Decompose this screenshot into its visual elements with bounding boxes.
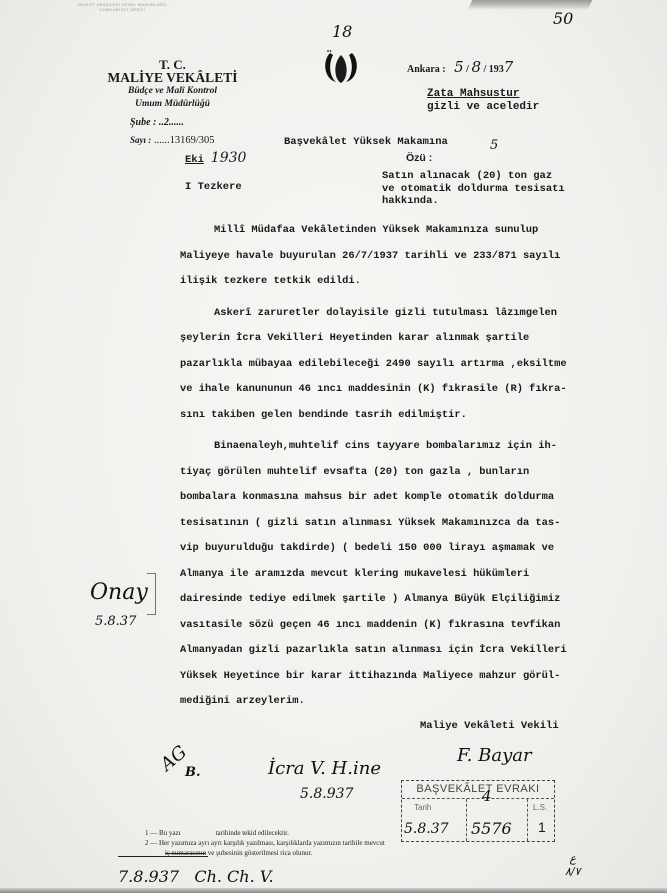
crescent-emblem-icon bbox=[322, 49, 360, 85]
classification-line2: gizli ve aceledir bbox=[427, 101, 539, 114]
page-bottom-edge bbox=[0, 888, 667, 893]
sube-value: ..2...... bbox=[159, 117, 184, 128]
registry-number: 5576 bbox=[471, 819, 512, 838]
eki-field: Eki 1930 bbox=[185, 150, 246, 166]
eki-label: Eki bbox=[185, 154, 204, 166]
archive-stamp-line: CUMHURİYET ARŞİVİ bbox=[78, 7, 167, 12]
body-line: bombalara konmasına mahsus bir adet komp… bbox=[180, 485, 600, 511]
body-line: Yüksek Heyetince bir karar ittihazında M… bbox=[180, 664, 600, 690]
approval-note: Onay bbox=[90, 580, 148, 605]
subject-line: Satın alınacak (20) ton gaz bbox=[382, 170, 565, 183]
body-line: Almanyadan gizli pazarlıkla satın alınma… bbox=[180, 638, 600, 664]
body-line: Askerî zaruretler dolayisile gizli tutul… bbox=[180, 301, 600, 327]
date-year-suffix: 7 bbox=[504, 58, 514, 76]
body-line: Millî Müdafaa Vekâletinden Yüksek Makamı… bbox=[180, 218, 600, 244]
footnotes: 1 — Bu yazı tarihinde tekid edilecektir.… bbox=[145, 828, 385, 858]
registry-stamp-date-cell: Tarih 5.8.37 bbox=[402, 799, 467, 841]
body-line: vip buyurulduğu takdirde) ( bedeli 150 0… bbox=[180, 536, 600, 562]
body-line: mediğini arzeylerim. bbox=[180, 689, 600, 715]
registry-ls-label: L.S. bbox=[533, 803, 547, 812]
sayi-field: Sayı : ......13169/305 bbox=[130, 135, 215, 146]
body-line: Maliyeye havale buyurulan 26/7/1937 tari… bbox=[180, 244, 600, 270]
date-day: 5 bbox=[454, 58, 464, 76]
classification: Zata Mahsustur gizli ve aceledir bbox=[427, 88, 539, 114]
paragraph: Binaenaleyh,muhtelif cins tayyare bombal… bbox=[180, 434, 600, 715]
body-line: pazarlıkla mübayaa edilebileceği 2490 sa… bbox=[180, 352, 600, 378]
body-line: ve ihale kanununun 46 ıncı maddesinin (K… bbox=[180, 377, 600, 403]
date-line: Ankara : 5 / 8 / 1937 bbox=[407, 58, 513, 76]
subject: Satın alınacak (20) ton gaz ve otomatik … bbox=[382, 170, 565, 208]
letterhead-ministry: MALİYE VEKÂLETİ bbox=[100, 71, 245, 85]
registry-count: 1 bbox=[538, 819, 546, 835]
letter-body: Millî Müdafaa Vekâletinden Yüksek Makamı… bbox=[180, 218, 600, 721]
document-page: DEVLET ARŞİVLERİ GENEL MÜDÜRLÜĞÜ CUMHURİ… bbox=[0, 0, 667, 893]
eki-value: 1930 bbox=[211, 150, 247, 166]
strike-rule bbox=[118, 856, 208, 857]
registry-date: 5.8.37 bbox=[404, 821, 449, 837]
page-number: 50 bbox=[553, 9, 573, 28]
body-line: Binaenaleyh,muhtelif cins tayyare bombal… bbox=[180, 434, 600, 460]
letterhead-department: Umum Müdürlüğü bbox=[100, 98, 245, 111]
body-line: dairesinde tediye edilmek şartile ) Alma… bbox=[180, 587, 600, 613]
paragraph: Millî Müdafaa Vekâletinden Yüksek Makamı… bbox=[180, 218, 600, 295]
registry-top-number: 4 bbox=[482, 787, 492, 805]
sayi-label: Sayı : bbox=[130, 135, 151, 145]
sayi-value: ......13169/305 bbox=[154, 135, 215, 146]
body-line: sını takiben gelen bendinde tasrih edilm… bbox=[180, 403, 600, 429]
subject-line: hakkında. bbox=[382, 195, 565, 208]
date-month: 8 bbox=[471, 58, 481, 76]
folio-number: 18 bbox=[332, 22, 352, 41]
arabic-mark-line2: ۸/۷ bbox=[565, 865, 581, 878]
arabic-mark-line1: ع bbox=[565, 852, 581, 865]
registry-stamp: BAŞVEKÂLET EVRAKI Tarih 5.8.37 4 5576 L.… bbox=[401, 780, 555, 842]
paragraph: Askerî zaruretler dolayisile gizli tutul… bbox=[180, 301, 600, 429]
body-line: vasıtasile sözü geçen 46 ıncı maddenin (… bbox=[180, 613, 600, 639]
corner-smudge bbox=[468, 0, 593, 10]
signature: F. Bayar bbox=[457, 745, 532, 766]
body-line: ilişik tezkere tetkik edildi. bbox=[180, 269, 600, 295]
sube-field: Şube : ..2...... bbox=[130, 117, 184, 128]
registry-stamp-number-cell: 4 5576 bbox=[467, 799, 528, 841]
classification-line1: Zata Mahsustur bbox=[427, 88, 539, 101]
sube-label: Şube : bbox=[130, 117, 156, 128]
registry-tarih-label: Tarih bbox=[414, 803, 431, 812]
registry-stamp-title: BAŞVEKÂLET EVRAKI bbox=[402, 781, 554, 799]
footnote-2: 2 — Her yazımıza ayrı ayrı karşılık yazı… bbox=[145, 838, 385, 848]
initials-b: B. bbox=[185, 765, 201, 780]
body-line: tiyaç görülen muhtelif evsafta (20) ton … bbox=[180, 460, 600, 486]
letterhead-department: Büdçe ve Malî Kontrol bbox=[100, 85, 245, 98]
document-type: I Tezkere bbox=[185, 181, 242, 193]
body-line: Almanya ile aramızda mevcut klering muka… bbox=[180, 562, 600, 588]
approval-date: 5.8.37 bbox=[95, 614, 136, 629]
approval-bracket bbox=[147, 573, 156, 615]
ankara-label: Ankara : bbox=[407, 64, 446, 75]
arabic-mark: ع ۸/۷ bbox=[565, 852, 581, 878]
footnote-1: 1 — Bu yazı tarihinde tekid edilecektir. bbox=[145, 828, 385, 838]
footnote-rest: ve şubesinin gösterilmesi rica olunur. bbox=[206, 849, 312, 857]
archive-stamp: DEVLET ARŞİVLERİ GENEL MÜDÜRLÜĞÜ CUMHURİ… bbox=[78, 2, 167, 12]
body-line: şeylerin İcra Vekilleri Heyetinden karar… bbox=[180, 326, 600, 352]
addressee: Başvekâlet Yüksek Makamına bbox=[284, 136, 448, 148]
subject-label: Özü : bbox=[406, 152, 432, 164]
letterhead: T. C. MALİYE VEKÂLETİ Büdçe ve Malî Kont… bbox=[100, 58, 245, 111]
bottom-handwritten-note: 7.8.937 Ch. Ch. V. bbox=[118, 867, 274, 886]
signatory-title: Maliye Vekâleti Vekili bbox=[420, 720, 559, 732]
referral-note: İcra V. H.ine bbox=[268, 758, 381, 779]
referral-date: 5.8.937 bbox=[300, 786, 353, 802]
date-year-prefix: 193 bbox=[489, 64, 504, 75]
margin-mark: 5 bbox=[490, 138, 498, 153]
subject-line: ve otomatik doldurma tesisatı bbox=[382, 183, 565, 196]
body-line: tesisatının ( gizli satın alınması Yükse… bbox=[180, 511, 600, 537]
